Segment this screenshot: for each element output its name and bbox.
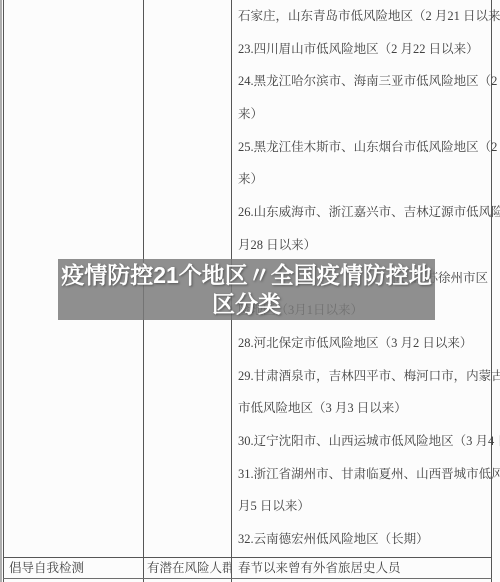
bottom-row-cell-guideline: 倡导自我检测 — [4, 558, 143, 578]
table-row: 来） — [238, 163, 489, 196]
table-row: 30.辽宁沈阳市、山西运城市低风险地区（3 月4 日以来） — [238, 425, 489, 458]
overlay-title-line2: 区分类 — [212, 290, 281, 319]
page-edge — [0, 0, 2, 582]
overlay-title-line1: 疫情防控21个地区〃全国疫情防控地 — [61, 261, 432, 290]
table-row: 31.浙江省湖州市、甘肃临夏州、山西晋城市低风险地区（3 — [238, 458, 489, 491]
table-row: 石家庄，山东青岛市低风险地区（2 月21 日以来） — [238, 0, 489, 33]
table-bottom-row: 倡导自我检测 有潜在风险人群 春节以来曾有外省旅居史人员 — [4, 558, 491, 578]
title-overlay: 疫情防控21个地区〃全国疫情防控地 区分类 — [58, 259, 435, 320]
bottom-row-cell-description: 春节以来曾有外省旅居史人员 — [231, 558, 491, 578]
table-row: 月5 日以来） — [238, 490, 489, 523]
table-border-bottom — [3, 578, 492, 579]
table-row: 23.四川眉山市低风险地区（2 月22 日以来） — [238, 33, 489, 66]
table-row: 24.黑龙江哈尔滨市、海南三亚市低风险地区（2 月24 日以 — [238, 65, 489, 98]
bottom-row-cell-group: 有潜在风险人群 — [143, 558, 231, 578]
table-row: 25.黑龙江佳木斯市、山东烟台市低风险地区（2 月26 日以 — [238, 131, 489, 164]
table-row: 来） — [238, 98, 489, 131]
table-border-left — [3, 0, 4, 582]
table-row: 32.云南德宏州低风险地区（长期） — [238, 523, 489, 556]
table-row: 29.甘肃酒泉市，吉林四平市、梅河口市，内蒙古鄂尔多斯 — [238, 360, 489, 393]
table-row: 市低风险地区（3 月3 日以来） — [238, 392, 489, 425]
table-row: 28.河北保定市低风险地区（3 月2 日以来） — [238, 327, 489, 360]
table-row: 26.山东威海市、浙江嘉兴市、吉林辽源市低风险地区（2 — [238, 196, 489, 229]
table-row: 月28 日以来） — [238, 229, 489, 262]
